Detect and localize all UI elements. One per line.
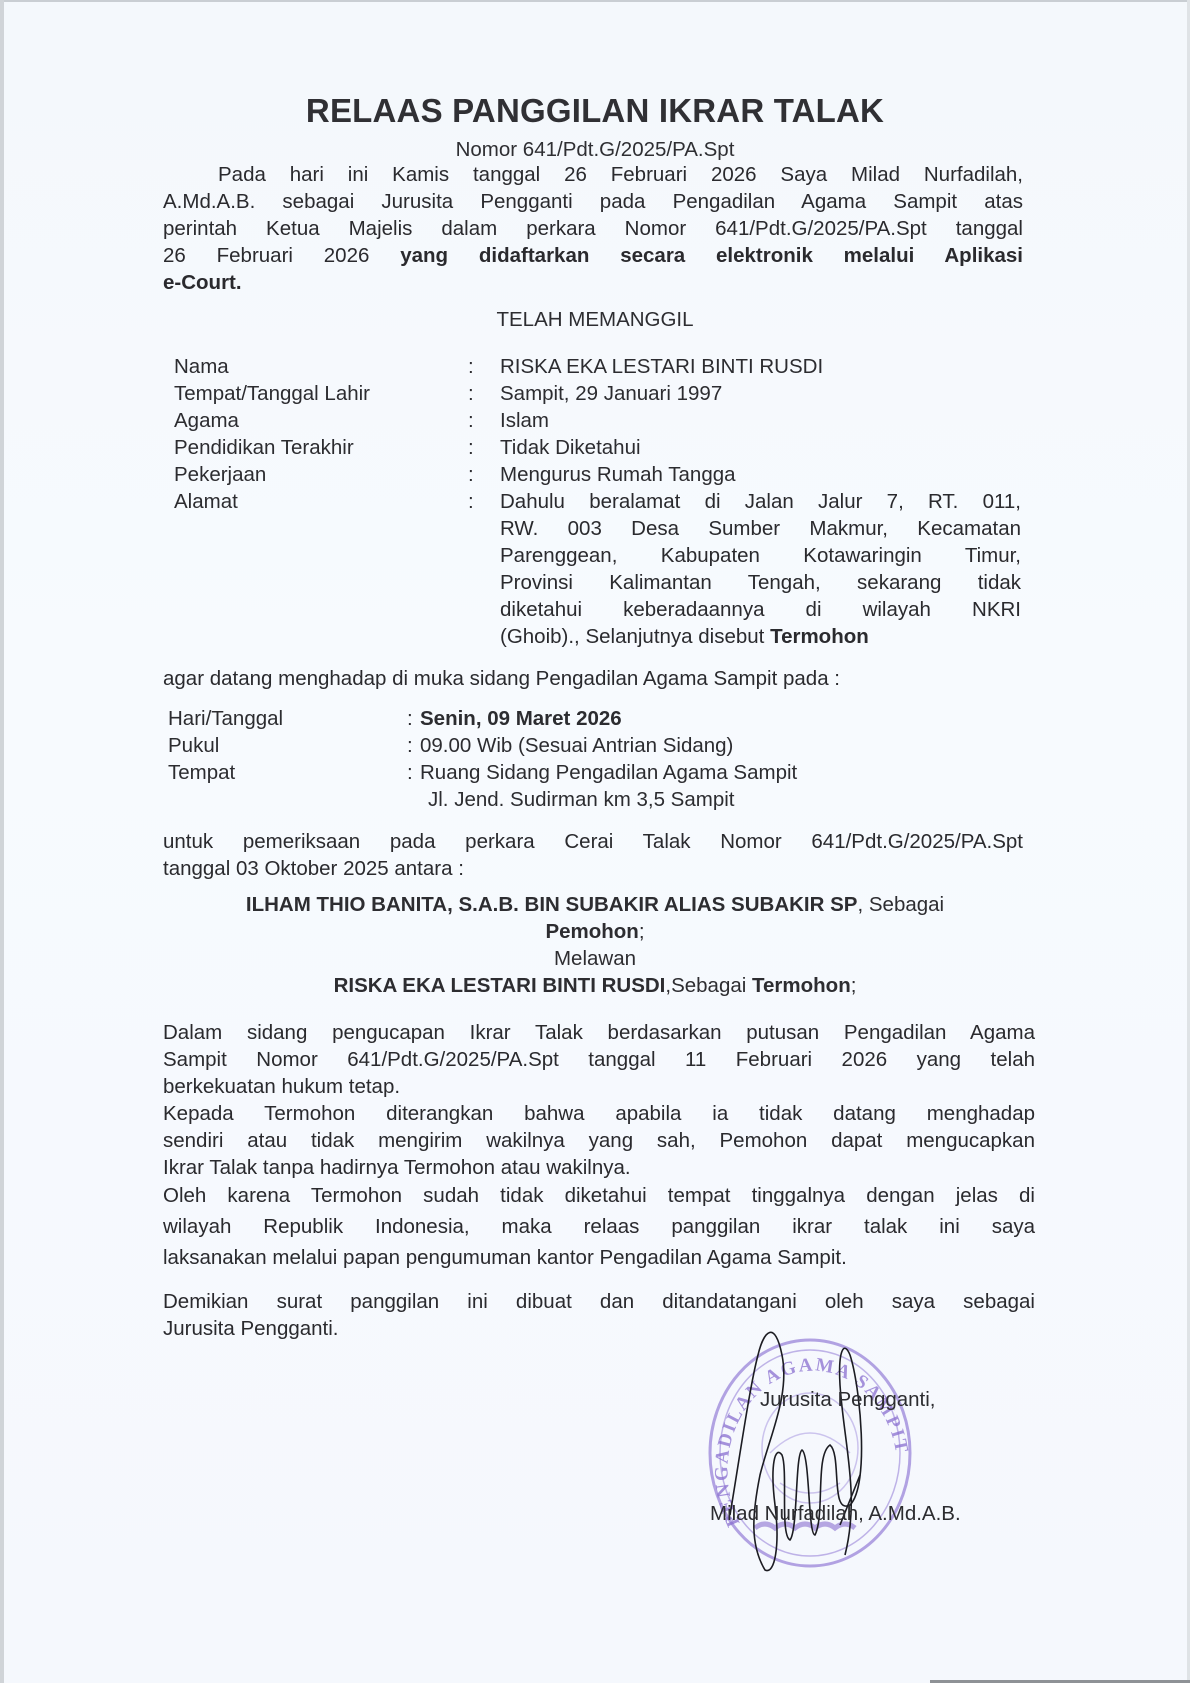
hearing-address: Jl. Jend. Sudirman km 3,5 Sampit [428, 786, 735, 813]
hearing-date: Senin, 09 Maret 2026 [420, 705, 622, 732]
signer-name: Milad Nurfadilah, A.Md.A.B. [710, 1502, 961, 1526]
summon-heading: TELAH MEMANGGIL [0, 308, 1190, 332]
applicant-as: , Sebagai [857, 893, 944, 916]
body-paragraph-2: Kepada Termohon diterangkan bahwa apabil… [163, 1100, 1035, 1181]
hearing-label: Tempat [168, 759, 235, 786]
intro-line: e-Court. [163, 269, 1023, 296]
appear-text: agar datang menghadap di muka sidang Pen… [163, 667, 840, 691]
termohon-label: Termohon [770, 625, 869, 648]
field-colon: : [468, 353, 474, 380]
applicant-name: ILHAM THIO BANITA, S.A.B. BIN SUBAKIR AL… [246, 893, 858, 916]
field-value: Tidak Diketahui [500, 434, 641, 461]
applicant-role: Pemohon [545, 920, 638, 943]
applicant-role-line: Pemohon; [0, 920, 1190, 944]
intro-line: A.Md.A.B. sebagai Jurusita Pengganti pad… [163, 188, 1023, 215]
hearing-label: Hari/Tanggal [168, 705, 283, 732]
address-value: Dahulu beralamat di Jalan Jalur 7, RT. 0… [500, 488, 1021, 650]
scan-edge-left [0, 0, 4, 1683]
intro-line: 26 Februari 2026 yang didaftarkan secara… [163, 242, 1023, 269]
body-line: berkekuatan hukum tetap. [163, 1073, 1035, 1100]
intro-date: 26 Februari 2026 [163, 244, 400, 267]
scan-edge-top [0, 0, 1190, 2]
field-label: Tempat/Tanggal Lahir [174, 380, 370, 407]
hearing-colon: : [407, 705, 413, 732]
hearing-colon: : [407, 759, 413, 786]
body-line: Kepada Termohon diterangkan bahwa apabil… [163, 1100, 1035, 1127]
address-line: (Ghoib)., Selanjutnya disebut Termohon [500, 623, 1021, 650]
field-value: RISKA EKA LESTARI BINTI RUSDI [500, 353, 823, 380]
intro-line: Pada hari ini Kamis tanggal 26 Februari … [163, 161, 1023, 188]
address-line: diketahui keberadaannya di wilayah NKRI [500, 596, 1021, 623]
document-page: RELAAS PANGGILAN IKRAR TALAK Nomor 641/P… [0, 0, 1190, 1683]
hearing-colon: : [407, 732, 413, 759]
case-line: untuk pemeriksaan pada perkara Cerai Tal… [163, 828, 1023, 855]
field-label: Nama [174, 353, 229, 380]
body-line: wilayah Republik Indonesia, maka relaas … [163, 1212, 1035, 1243]
field-colon: : [468, 380, 474, 407]
body-line: sendiri atau tidak mengirim wakilnya yan… [163, 1127, 1035, 1154]
case-paragraph: untuk pemeriksaan pada perkara Cerai Tal… [163, 828, 1023, 882]
field-value: Sampit, 29 Januari 1997 [500, 380, 722, 407]
document-title: RELAAS PANGGILAN IKRAR TALAK [0, 92, 1190, 130]
body-line: Oleh karena Termohon sudah tidak diketah… [163, 1181, 1035, 1212]
address-line: RW. 003 Desa Sumber Makmur, Kecamatan [500, 515, 1021, 542]
case-number: Nomor 641/Pdt.G/2025/PA.Spt [0, 138, 1190, 162]
address-ghoib: (Ghoib)., Selanjutnya disebut [500, 625, 770, 648]
field-value: Mengurus Rumah Tangga [500, 461, 736, 488]
field-colon: : [468, 488, 474, 515]
field-colon: : [468, 434, 474, 461]
hearing-place: Ruang Sidang Pengadilan Agama Sampit [420, 759, 797, 786]
hearing-time: 09.00 Wib (Sesuai Antrian Sidang) [420, 732, 733, 759]
address-line: Provinsi Kalimantan Tengah, sekarang tid… [500, 569, 1021, 596]
respondent-line: RISKA EKA LESTARI BINTI RUSDI,Sebagai Te… [0, 974, 1190, 998]
respondent-as: ,Sebagai [665, 974, 752, 997]
intro-paragraph: Pada hari ini Kamis tanggal 26 Februari … [163, 161, 1023, 296]
field-colon: : [468, 461, 474, 488]
address-line: Parenggean, Kabupaten Kotawaringin Timur… [500, 542, 1021, 569]
body-line: Dalam sidang pengucapan Ikrar Talak berd… [163, 1019, 1035, 1046]
address-line: Dahulu beralamat di Jalan Jalur 7, RT. 0… [500, 488, 1021, 515]
field-label: Pekerjaan [174, 461, 266, 488]
body-line: laksanakan melalui papan pengumuman kant… [163, 1243, 1035, 1274]
respondent-end: ; [851, 974, 857, 997]
body-paragraph-3: Oleh karena Termohon sudah tidak diketah… [163, 1181, 1035, 1274]
intro-ecourt-text: yang didaftarkan secara elektronik melal… [400, 244, 1023, 267]
signer-role: Jurusita Pengganti, [760, 1388, 936, 1412]
body-paragraph-1: Dalam sidang pengucapan Ikrar Talak berd… [163, 1019, 1035, 1100]
applicant-line: ILHAM THIO BANITA, S.A.B. BIN SUBAKIR AL… [0, 893, 1190, 917]
respondent-role: Termohon [752, 974, 851, 997]
applicant-end: ; [639, 920, 645, 943]
body-line: Ikrar Talak tanpa hadirnya Termohon atau… [163, 1154, 1035, 1181]
case-line: tanggal 03 Oktober 2025 antara : [163, 855, 1023, 882]
intro-line: perintah Ketua Majelis dalam perkara Nom… [163, 215, 1023, 242]
field-value: Islam [500, 407, 549, 434]
field-label: Alamat [174, 488, 238, 515]
closing-line: Demikian surat panggilan ini dibuat dan … [163, 1288, 1035, 1315]
signature-icon [720, 1325, 920, 1575]
respondent-name: RISKA EKA LESTARI BINTI RUSDI [334, 974, 666, 997]
hearing-label: Pukul [168, 732, 219, 759]
versus: Melawan [0, 947, 1190, 971]
body-line: Sampit Nomor 641/Pdt.G/2025/PA.Spt tangg… [163, 1046, 1035, 1073]
field-label: Pendidikan Terakhir [174, 434, 354, 461]
field-label: Agama [174, 407, 239, 434]
field-colon: : [468, 407, 474, 434]
intro-ecourt-end: e-Court. [163, 271, 242, 294]
